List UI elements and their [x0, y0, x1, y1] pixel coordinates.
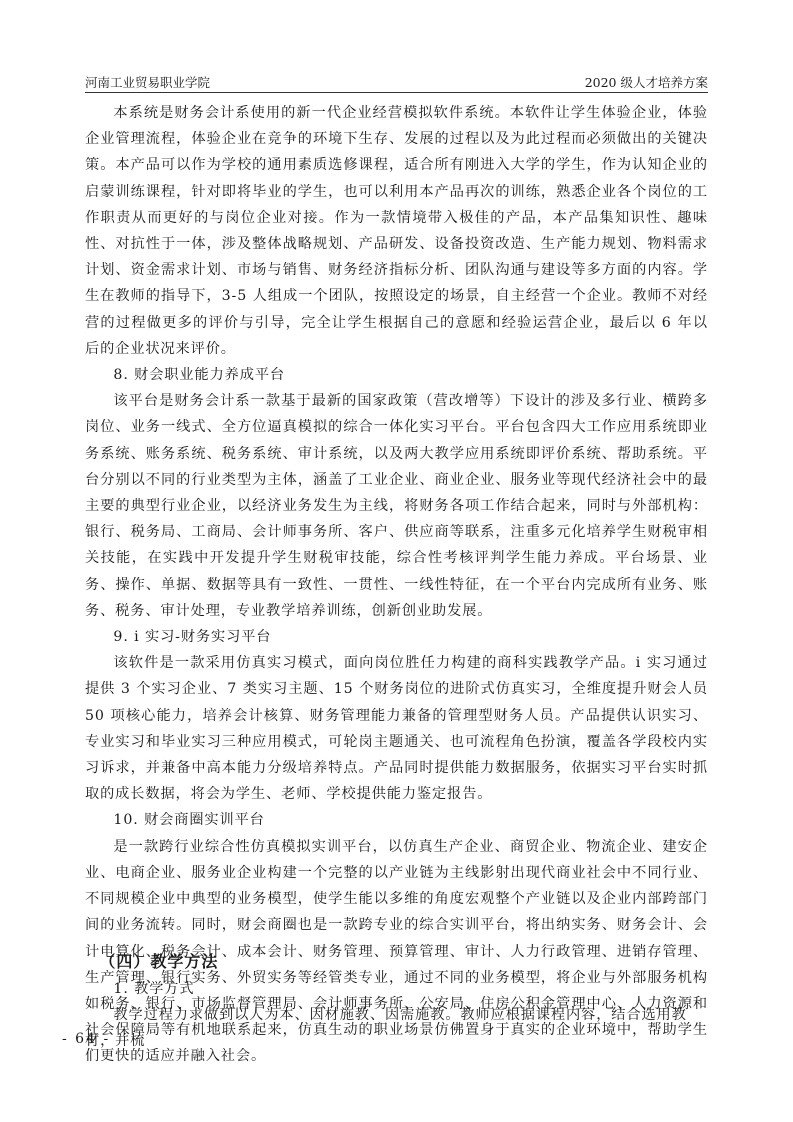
paragraph-item-8: 该平台是财务会计系一款基于最新的国家政策（营改增等）下设计的涉及多行业、横跨多岗… — [85, 388, 708, 624]
page-header: 河南工业贸易职业学院 2020 级人才培养方案 — [85, 76, 708, 93]
page-number: - 64 - — [62, 1031, 110, 1047]
header-institution: 河南工业贸易职业学院 — [85, 76, 210, 90]
header-document-title: 2020 级人才培养方案 — [585, 76, 708, 90]
page-body: 本系统是财务会计系使用的新一代企业经营模拟软件系统。本软件让学生体验企业，体验企… — [85, 100, 708, 1070]
paragraph-item-9: 该软件是一款采用仿真实习模式，面向岗位胜任力构建的商科实践教学产品。i 实习通过… — [85, 650, 708, 807]
paragraph-sandbox-system: 本系统是财务会计系使用的新一代企业经营模拟软件系统。本软件让学生体验企业，体验企… — [85, 100, 708, 362]
subsection-paragraph: 教学过程力求做到以人为本、因材施教、因需施教。教师应根据课程内容，结合选用教材，… — [85, 1002, 708, 1054]
heading-item-8: 8. 财会职业能力养成平台 — [85, 362, 708, 388]
subsection-heading: 1. 教学方式 — [85, 976, 708, 1002]
heading-item-10: 10. 财会商圈实训平台 — [85, 807, 708, 833]
section-heading-teaching-methods: （四）教学方法 — [85, 949, 218, 972]
heading-item-9: 9. i 实习-财务实习平台 — [85, 624, 708, 650]
subsection-teaching-mode: 1. 教学方式 教学过程力求做到以人为本、因材施教、因需施教。教师应根据课程内容… — [85, 976, 708, 1055]
